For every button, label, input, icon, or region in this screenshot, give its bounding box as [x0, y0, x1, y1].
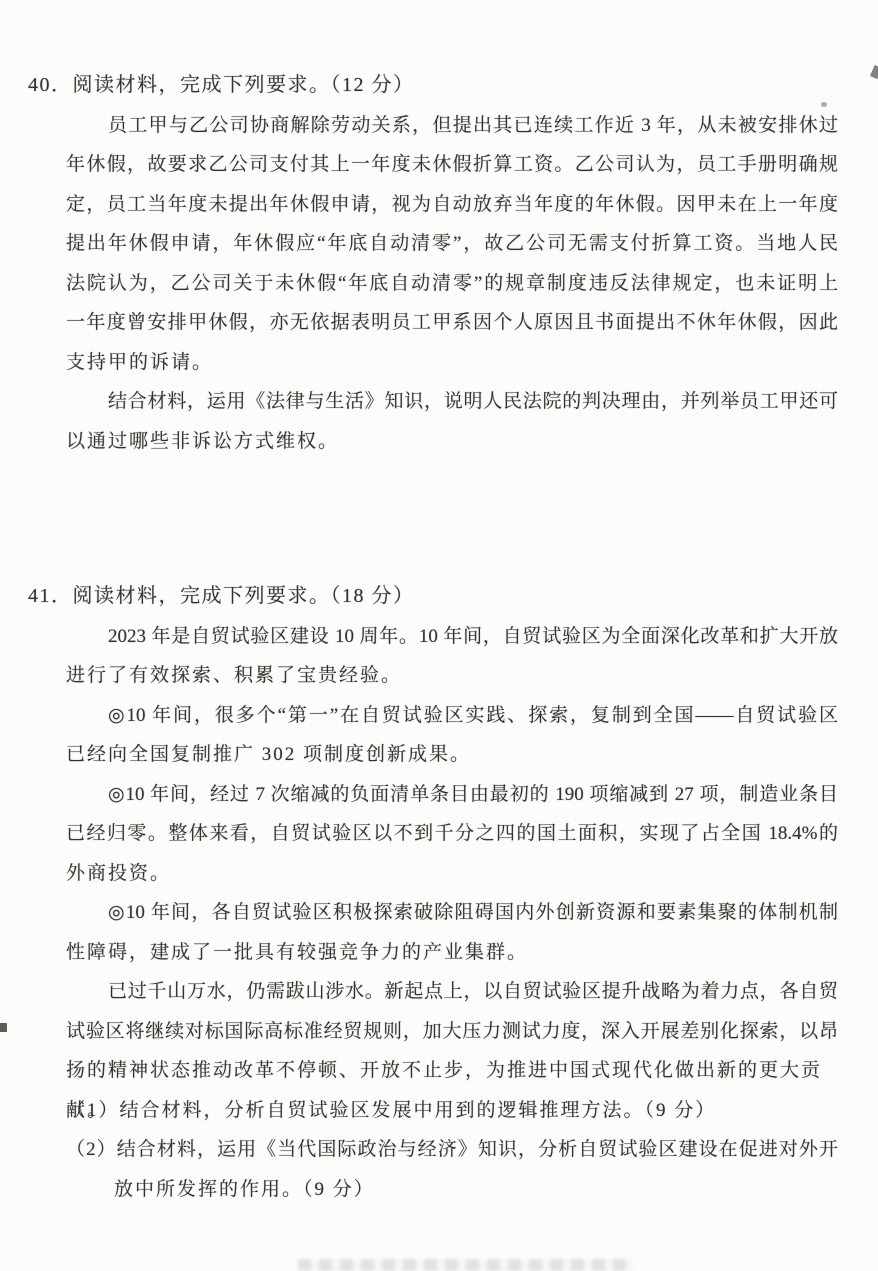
text-line: 试验区将继续对标国际高标准经贸规则，加大压力测试力度，深入开展差别化探索，以昂	[66, 1012, 838, 1052]
scan-artifact-faint-footer	[298, 1259, 633, 1271]
scanned-exam-page: 40．阅读材料，完成下列要求。（12 分） 员工甲与乙公司协商解除劳动关系，但提…	[0, 0, 878, 1271]
question-40-header: 40．阅读材料，完成下列要求。（12 分）	[28, 66, 838, 106]
sub-question-2-continuation: 放中所发挥的作用。（9 分）	[66, 1170, 838, 1210]
question-41-header: 41．阅读材料，完成下列要求。（18 分）	[28, 577, 838, 617]
text-line: 法院认为，乙公司关于未休假“年底自动清零”的规章制度违反法律规定，也未证明上	[66, 264, 838, 304]
text-line: 已经归零。整体来看，自贸试验区以不到千分之四的国土面积，实现了占全国 18.4%…	[66, 814, 838, 854]
text-line: 支持甲的诉请。	[66, 343, 838, 383]
question-40: 40．阅读材料，完成下列要求。（12 分） 员工甲与乙公司协商解除劳动关系，但提…	[66, 0, 838, 461]
text-line: 扬的精神状态推动改革不停顿、开放不止步，为推进中国式现代化做出新的更大贡献。	[66, 1051, 838, 1091]
text-line: 提出年休假申请，年休假应“年底自动清零”，故乙公司无需支付折算工资。当地人民	[66, 224, 838, 264]
sub-question-1: （1）结合材料，分析自贸试验区发展中用到的逻辑推理方法。（9 分）	[66, 1091, 838, 1131]
text-line: 以通过哪些非诉讼方式维权。	[66, 422, 838, 462]
text-line: 定，员工当年度未提出年休假申请，视为自动放弃当年度的年休假。因甲未在上一年度	[66, 185, 838, 225]
question-41: 41．阅读材料，完成下列要求。（18 分） 2023 年是自贸试验区建设 10 …	[66, 577, 838, 1209]
scan-artifact-speck	[821, 102, 827, 107]
text-line: 性障碍，建成了一批具有较强竞争力的产业集群。	[66, 933, 838, 973]
text-line: ◎10 年间，经过 7 次缩减的负面清单条目由最初的 190 项缩减到 27 项…	[66, 775, 838, 815]
text-line: ◎10 年间，各自贸试验区积极探索破除阻碍国内外创新资源和要素集聚的体制机制	[66, 893, 838, 933]
text-line: 一年度曾安排甲休假，亦无依据表明员工甲系因个人原因且书面提出不休年休假，因此	[66, 303, 838, 343]
question-41-body: 2023 年是自贸试验区建设 10 周年。10 年间，自贸试验区为全面深化改革和…	[66, 617, 838, 1210]
text-line: 进行了有效探索、积累了宝贵经验。	[66, 656, 838, 696]
scan-artifact-left-edge-mark	[0, 1023, 7, 1032]
text-line: ◎10 年间，很多个“第一”在自贸试验区实践、探索，复制到全国——自贸试验区	[66, 696, 838, 736]
text-line: 结合材料，运用《法律与生活》知识，说明人民法院的判决理由，并列举员工甲还可	[66, 382, 838, 422]
text-line: 年休假，故要求乙公司支付其上一年度未休假折算工资。乙公司认为，员工手册明确规	[66, 145, 838, 185]
text-line: 外商投资。	[66, 854, 838, 894]
scan-artifact-right-edge-mark	[870, 65, 878, 79]
text-line: 已经向全国复制推广 302 项制度创新成果。	[66, 735, 838, 775]
text-line: 2023 年是自贸试验区建设 10 周年。10 年间，自贸试验区为全面深化改革和…	[66, 617, 838, 657]
text-line: 员工甲与乙公司协商解除劳动关系，但提出其已连续工作近 3 年，从未被安排休过	[66, 106, 838, 146]
question-40-body: 员工甲与乙公司协商解除劳动关系，但提出其已连续工作近 3 年，从未被安排休过年休…	[66, 106, 838, 462]
sub-question-2: （2）结合材料，运用《当代国际政治与经济》知识，分析自贸试验区建设在促进对外开	[66, 1130, 838, 1170]
text-line: 已过千山万水，仍需跋山涉水。新起点上，以自贸试验区提升战略为着力点，各自贸	[66, 972, 838, 1012]
